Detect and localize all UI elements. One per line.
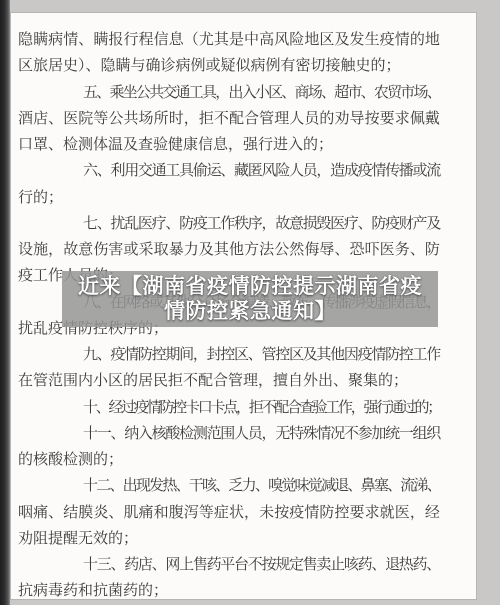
overlay-title-line-1: 近来【湖南省疫情防控提示湖南省疫 (78, 274, 422, 299)
document-line: 十三、药店、网上售药平台不按规定售卖止咳药、退热药、 (18, 552, 440, 578)
document-line: 劝阻提醒无效的； (18, 526, 440, 552)
document-line: 隐瞒病情、瞒报行程信息（尤其是中高风险地区及发生疫情的地 (18, 27, 440, 53)
video-title-overlay: 近来【湖南省疫情防控提示湖南省疫 情防控紧急通知】 (62, 271, 438, 327)
document-line: 七、扰乱医疗、防疫工作秩序，故意损毁医疗、防疫财产及 (18, 211, 440, 237)
document-line: 在管范围内小区的居民拒不配合管理，擅自外出、聚集的； (18, 368, 440, 394)
document-line: 咽痛、结膜炎、肌痛和腹泻等症状，未按疫情防控要求就医，经 (18, 500, 440, 526)
document-line: 十二、出现发热、干咳、乏力、嗅觉味觉减退、鼻塞、流涕、 (18, 473, 440, 499)
document-line: 十、经过疫情防控卡口卡点，拒不配合查验工作，强行通过的； (18, 395, 440, 421)
document-line: 酒店、医院等公共场所时，拒不配合管理人员的劝导按要求佩戴 (18, 106, 440, 132)
screenshot-canvas: 隐瞒病情、瞒报行程信息（尤其是中高风险地区及发生疫情的地区旅居史）、隐瞒与确诊病… (0, 0, 500, 605)
document-line: 抗病毒药和抗菌药的； (18, 578, 440, 604)
document-line: 设施，故意伤害或采取暴力及其他方法公然侮辱、恐吓医务、防 (18, 237, 440, 263)
overlay-title-line-2: 情防控紧急通知】 (164, 299, 336, 324)
document-line: 区旅居史）、隐瞒与确诊病例或疑似病例有密切接触史的； (18, 53, 440, 79)
document-line: 十一、纳入核酸检测范围人员，无特殊情况不参加统一组织 (18, 421, 440, 447)
document-line: 五、乘坐公共交通工具，出入小区、商场、超市、农贸市场、 (18, 80, 440, 106)
document-line: 行的； (18, 185, 440, 211)
document-line: 口罩、检测体温及查验健康信息，强行进入的； (18, 132, 440, 158)
document-line: 的核酸检测的； (18, 447, 440, 473)
document-line: 六、利用交通工具偷运、藏匿风险人员，造成疫情传播或流 (18, 158, 440, 184)
document-line: 九、疫情防控期间，封控区、管控区及其他因疫情防控工作 (18, 342, 440, 368)
page-spine (0, 0, 10, 605)
